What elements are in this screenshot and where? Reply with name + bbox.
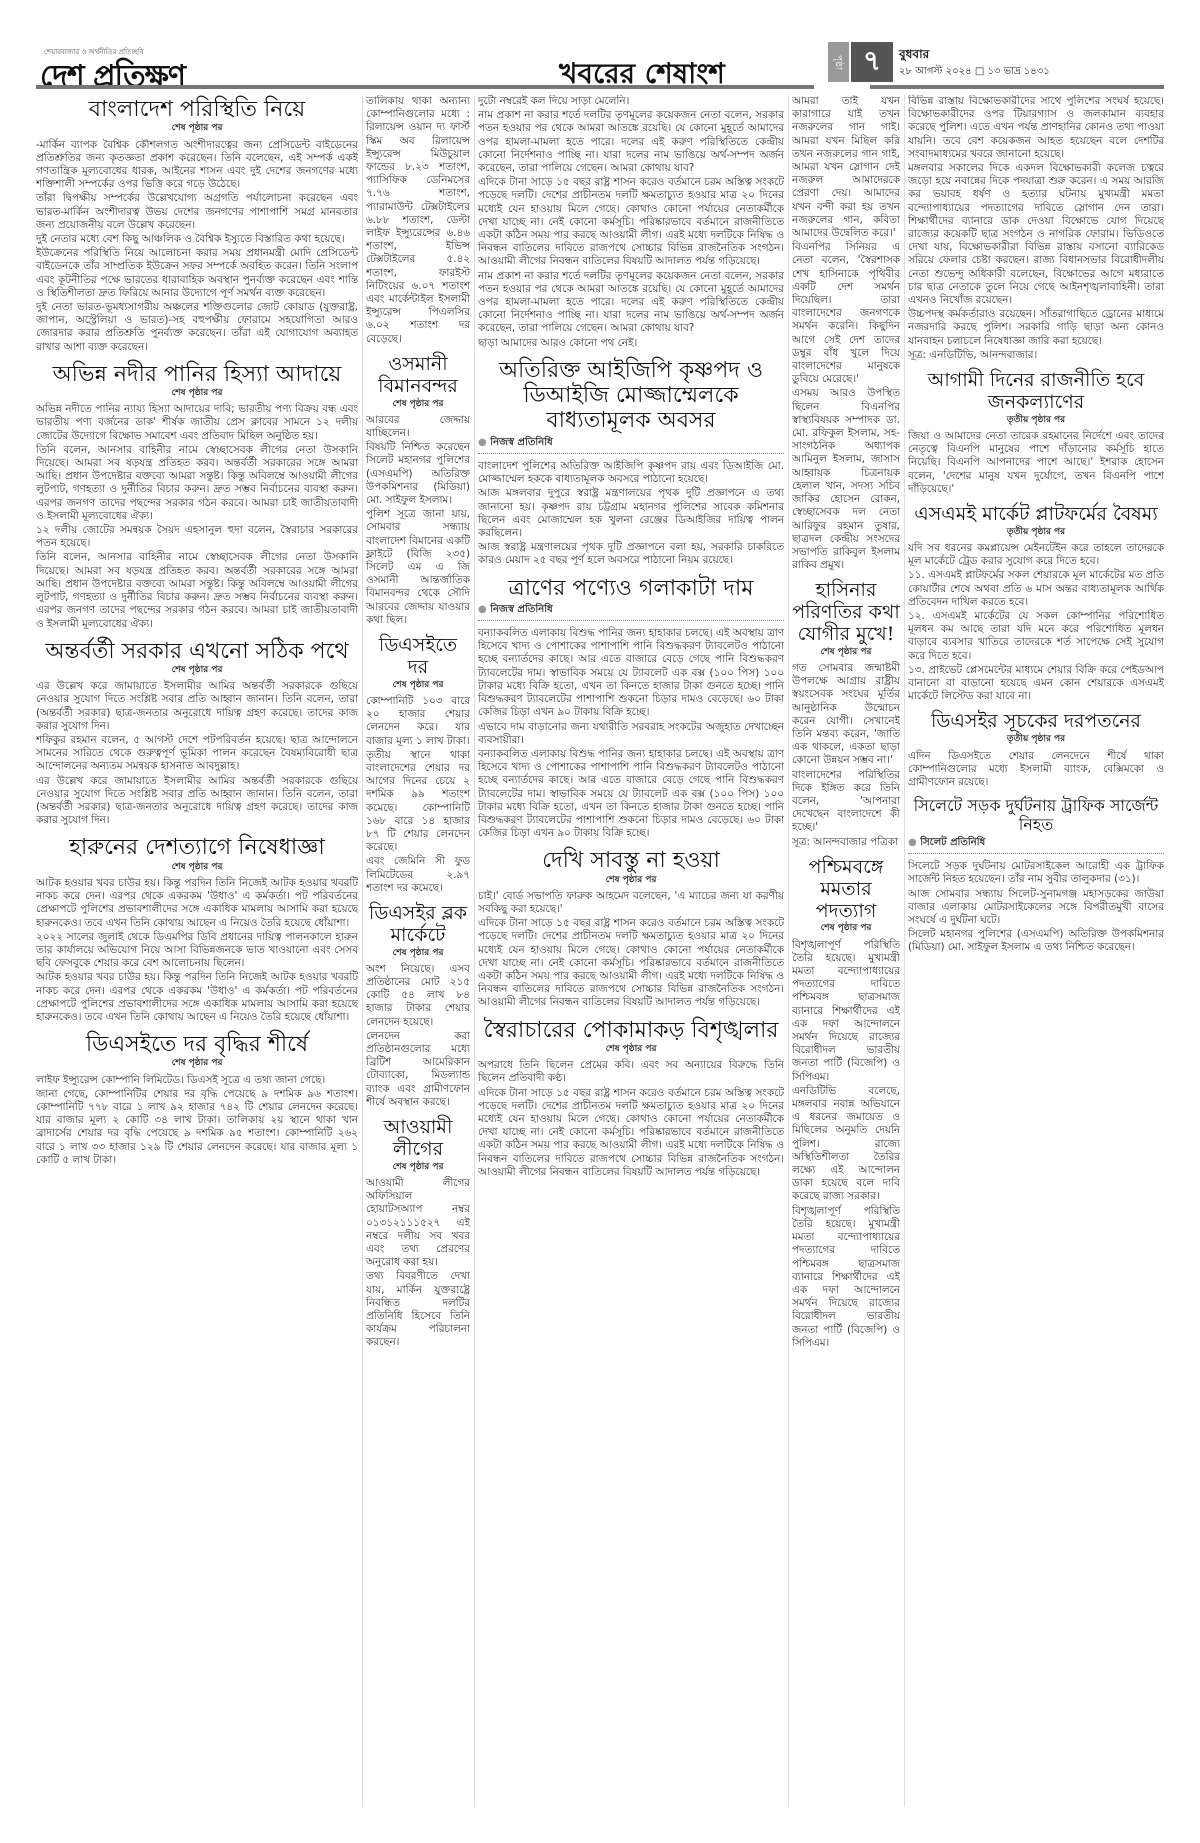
paragraph: আওয়ামী লীগের অফিসিয়াল হোয়াটসঅ্যাপ নম্… (366, 1177, 470, 1269)
paragraph: ২০২২ সালের জুলাই থেকে ডিএমপির ডিবি প্রধা… (36, 931, 358, 971)
column-1: বাংলাদেশ পরিস্থিতি নিয়ে শেষ পৃষ্ঠার পর … (36, 95, 358, 1805)
paragraph: কোম্পানিটি ১০৩ বারে ২০ হাজার শেয়ার লেনদ… (366, 695, 470, 748)
paragraph: ইউক্রেনের পরিস্থিতি নিয়ে আলোচনা করার সম… (36, 247, 358, 300)
paragraph: পুলিশ সূত্রে জানা যায়, সোমবার সন্ধ্যায়… (366, 508, 470, 627)
dotted-divider (908, 853, 1164, 854)
paragraph: মঙ্গলবার সকালের দিকে একদল বিক্ষোভকারী কল… (908, 162, 1164, 307)
continuation-note: শেষ পৃষ্ঠার পর (792, 922, 900, 935)
continuation-note: শেষ পৃষ্ঠার পর (792, 646, 900, 659)
continuation-note: শেষ পৃষ্ঠার পর (366, 947, 470, 960)
column-2: তালিকায় থাকা অন্যান্য কোম্পানিগুলোর মধ্… (366, 95, 470, 1805)
headline[interactable]: অভিন্ন নদীর পানির হিস্যা আদায়ে (36, 362, 358, 387)
continuation-note: শেষ পৃষ্ঠার পর (366, 398, 470, 411)
paragraph: আমরা তাই যখন কারাগারে যাই তখন নজরুলের গা… (792, 95, 900, 240)
paragraph: বাংলাদেশ পুলিশের অতিরিক্ত আইজিপি কৃষ্ণপদ… (478, 460, 784, 486)
continuation-note: শেষ পৃষ্ঠার পর (36, 387, 358, 400)
continuation-note: শেষ পৃষ্ঠার পর (478, 874, 784, 887)
paragraph: বাংলাদেশের পরিস্থিতির দিকে ইঙ্গিত করে তি… (792, 769, 900, 835)
masthead: শেয়ারবাজার ও অর্থনীতির প্রতিচ্ছবি দেশ প… (36, 40, 1164, 82)
headline[interactable]: অন্তর্বর্তী সরকার এখনো সঠিক পথে (36, 639, 358, 664)
paragraph: অংশ নিয়েছে। এসব প্রতিষ্ঠানের মোট ২১৫ কো… (366, 963, 470, 1029)
headline[interactable]: দেখি সাবস্তু না হওয়া (478, 848, 784, 873)
continuation-note: তৃতীয় পৃষ্ঠার পর (908, 414, 1164, 427)
paragraph: শফিকুর রহমান বলেন, ৫ আগস্ট দেশে পটপরিবর্… (36, 734, 358, 774)
column-divider (474, 95, 475, 1807)
paragraph: বিভিন্ন রাস্তায় বিক্ষোভকারীদের সাথে পুল… (908, 95, 1164, 161)
continuation-note: শেষ পৃষ্ঠার পর (366, 1161, 470, 1174)
column-divider (904, 95, 905, 1807)
header-rule (870, 85, 1164, 89)
continuation-note: শেষ পৃষ্ঠার পর (36, 664, 358, 677)
paragraph: এদিকে টানা সাড়ে ১৫ বছর রাষ্ট্র শাসন করে… (478, 917, 784, 1009)
paragraph: দুই নেতা ভারত-ভূমধ্যসাগরীয় অঞ্চলের শক্ত… (36, 301, 358, 354)
paragraph: নাম প্রকাশ না করার শর্তে দলটির তৃণমূলের … (478, 109, 784, 175)
paragraph: অপরাধে তিনি ছিলেন প্রেমের কবি। এবং সব অন… (478, 1059, 784, 1085)
paragraph: বিশৃঙ্খলাপূর্ণ পরিস্থিতি তৈরি হয়েছে। মু… (792, 939, 900, 1084)
headline[interactable]: হাসিনার পরিণতির কথা যোগীর মুখে! (792, 580, 900, 646)
paragraph: বিষয়টি নিশ্চিত করেছেন সিলেট মহানগর পুলি… (366, 441, 470, 507)
headline[interactable]: ডিএসইতে দর (366, 635, 470, 679)
paragraph: অভিন্ন নদীতে পানির ন্যায্য হিস্যা আদায়ে… (36, 403, 358, 443)
paragraph: সিলেটে সড়ক দুর্ঘটনায় মোটরসাইকেল আরোহী … (908, 860, 1164, 886)
column-divider (362, 95, 363, 1807)
paragraph: আটক হওয়ার খবর চাউর হয়। কিন্তু পরদিন তি… (36, 877, 358, 930)
paragraph: -মার্কিন ব্যাপক বৈশ্বিক কৌশলগত অংশীদারত্… (36, 139, 358, 192)
continuation-note: শেষ পৃষ্ঠার পর (478, 1043, 784, 1056)
column-3: দুটো নম্বরেই কল দিয়ে সাড়া মেলেনি। নাম … (478, 95, 784, 1805)
paragraph: ১২. এসএমই মার্কেটের যে সকল কোম্পানির পরি… (908, 610, 1164, 663)
column-5: বিভিন্ন রাস্তায় বিক্ষোভকারীদের সাথে পুল… (908, 95, 1164, 1805)
paragraph: দুটো নম্বরেই কল দিয়ে সাড়া মেলেনি। (478, 95, 784, 108)
paragraph: তথ্য বিবরণীতে দেখা যায়, মার্কিন যুক্তরা… (366, 1270, 470, 1349)
dotted-divider (478, 620, 784, 621)
date-label: ২৮ আগস্ট ২০২৪ □ ১৩ ভাদ্র ১৪৩১ (899, 64, 1050, 81)
headline[interactable]: ডিএসইর সূচকের দরপতনের (908, 711, 1164, 733)
paragraph: দুই নেতার মধ্যে বেশ কিছু আঞ্চলিক ও বৈশ্ব… (36, 233, 358, 246)
headline[interactable]: হারুনের দেশত্যাগে নিষেধাজ্ঞা (36, 835, 358, 860)
paragraph: তৃতীয় স্থানে থাকা বাংলাদেশের শেয়ার দর … (366, 749, 470, 855)
headline[interactable]: আওয়ামী লীগের (366, 1117, 470, 1161)
continuation-note: তৃতীয় পৃষ্ঠার পর (908, 526, 1164, 539)
headline[interactable]: সিলেটে সড়ক দুর্ঘটনায় ট্রাফিক সার্জেন্ট… (908, 797, 1164, 834)
paragraph: জিয়া ও আমাদের নেতা তারেক রহমানের নির্দে… (908, 430, 1164, 496)
paragraph: আজ স্বরাষ্ট্র মন্ত্রণালয়ের পৃথক দুটি প্… (478, 541, 784, 567)
paragraph: লাইফ ইন্স্যুরেন্স কোম্পানি লিমিটেড। ডিএস… (36, 1074, 358, 1087)
paragraph: এর উল্লেখ করে জামায়াতে ইসলামীর আমির অন্… (36, 775, 358, 828)
continuation-note: শেষ পৃষ্ঠার পর (366, 679, 470, 692)
paragraph: ১১. এসএমই প্লাটফর্মের সকল শেয়ারকে মূল ম… (908, 569, 1164, 609)
column-divider (788, 95, 789, 1807)
headline[interactable]: স্বৈরাচারের পোকামাকড় বিশৃঙ্খলার (478, 1018, 784, 1043)
paragraph: তাঁরা দ্বিপক্ষীয় সম্পর্কের উল্লেখযোগ্য … (36, 192, 358, 232)
page-number: ৭ (851, 42, 893, 82)
paragraph: তালিকায় থাকা অন্যান্য কোম্পানিগুলোর মধ্… (366, 95, 470, 346)
continuation-note: শেষ পৃষ্ঠার পর (36, 122, 358, 135)
continuation-note: শেষ পৃষ্ঠার পর (36, 1057, 358, 1070)
source-note: সূত্র: আনন্দবাজার পত্রিকা (792, 836, 900, 849)
paragraph: ১২ দলীয় জোটের সমন্বয়ক সৈয়দ এহসানুল হু… (36, 524, 358, 550)
paragraph: এনডিটিভি বলেছে, মঙ্গলবার নবান্ন অভিযানে … (792, 1085, 900, 1204)
paragraph: লেনদেন করা প্রতিষ্ঠানগুলোর মধ্যে ব্রিটিশ… (366, 1030, 470, 1109)
day-label: বুধবার (899, 46, 929, 66)
paragraph: এদিন ডিএসইতে শেয়ার লেনদেনে শীর্ষে থাকা … (908, 750, 1164, 790)
paragraph: বিশৃঙ্খলাপূর্ণ পরিস্থিতি তৈরি হয়েছে। মু… (792, 1205, 900, 1350)
paragraph: আরবের জেদ্দায় যাচ্ছিলেন। (366, 414, 470, 440)
paragraph: গত সোমবার জন্মাষ্টমী উপলক্ষে আগ্রায় রাষ… (792, 662, 900, 768)
paragraph: ১৩. প্রাইভেট প্লেসমেন্টের মাধ্যমে শেয়ার… (908, 664, 1164, 704)
paragraph: উচ্চপদস্থ কর্মকর্তারাও রয়েছেন। সাঁতরাগা… (908, 308, 1164, 348)
paragraph: এভাবে দাম বাড়ানোর জন্য যথারীতি সরবরাহ স… (478, 721, 784, 747)
headline[interactable]: ডিএসইর ব্লক মার্কেটে (366, 903, 470, 947)
headline[interactable]: ওসমানী বিমানবন্দর (366, 354, 470, 398)
paragraph: তিনি বলেন, আনসার বাহিনীর নামে স্বেচ্ছাসে… (36, 444, 358, 523)
continuation-note: শেষ পৃষ্ঠার পর (36, 861, 358, 874)
paragraph: আজ মঙ্গলবার দুপুরে স্বরাষ্ট্র মন্ত্রণালয… (478, 487, 784, 540)
paragraph: এসময় আরও উপস্থিত ছিলেন বিএনপির স্বাস্থ্… (792, 387, 900, 572)
paragraph: বন্যাকবলিত এলাকায় বিশুদ্ধ পানির জন্য হা… (478, 627, 784, 719)
paragraph: এদিকে টানা সাড়ে ১৫ বছর রাষ্ট্র শাসন করে… (478, 1087, 784, 1179)
byline: নিজস্ব প্রতিনিধি (478, 603, 784, 616)
byline: নিজস্ব প্রতিনিধি (478, 436, 784, 449)
page-label: পৃষ্ঠা (828, 42, 849, 82)
header-rule (36, 85, 814, 89)
paragraph: আজ সোমবার সন্ধ্যায় সিলেট-সুনামগঞ্জ মহাস… (908, 888, 1164, 928)
paragraph: বন্যাকবলিত এলাকায় বিশুদ্ধ পানির জন্য হা… (478, 748, 784, 840)
paragraph: এর উল্লেখ করে জামায়াতে ইসলামীর আমির অন্… (36, 680, 358, 733)
paragraph: তিনি বলেন, আনসার বাহিনীর নামে স্বেচ্ছাসে… (36, 551, 358, 630)
paragraph: বিএনপির সিনিয়র এ নেতা বলেন, 'স্বৈরশাসক … (792, 241, 900, 386)
headline[interactable]: আগামী দিনের রাজনীতি হবে জনকল্যাণের (908, 370, 1164, 414)
paragraph: এদিকে টানা সাড়ে ১৫ বছর রাষ্ট্র শাসন করে… (478, 176, 784, 268)
headline[interactable]: পশ্চিমবঙ্গে মমতার পদত্যাগ (792, 857, 900, 923)
dotted-divider (478, 453, 784, 454)
byline: সিলেট প্রতিনিধি (908, 836, 1164, 849)
paragraph: যদি সব ধরনের কমপ্লায়েন্স মেইনটেইন করে ত… (908, 542, 1164, 568)
paragraph: আটক হওয়ার খবর চাউর হয়। কিন্তু পরদিন তি… (36, 971, 358, 1024)
headline[interactable]: বাংলাদেশ পরিস্থিতি নিয়ে (36, 97, 358, 122)
paragraph: চাই।' বোর্ড সভাপতি ফারুক আহমেদ বলেছেন, '… (478, 890, 784, 916)
headline[interactable]: এসএমই মার্কেট প্লাটফর্মের বৈষম্য (908, 504, 1164, 526)
paragraph: সিলেট মহানগর পুলিশের (এসএমপি) অতিরিক্ত উ… (908, 928, 1164, 954)
continuation-note: তৃতীয় পৃষ্ঠার পর (908, 733, 1164, 746)
paragraph: জানা গেছে, কোম্পানিটির শেয়ার দর বৃদ্ধি … (36, 1088, 358, 1167)
paragraph: এবং জেমিনি সী ফুড লিমিটেডের ২.৯৭ শতাংশ দ… (366, 855, 470, 895)
paragraph: ছাড়া আমাদের আরও কোনো পথ নেই। (478, 337, 784, 350)
section-title: খবরের শেষাংশ (559, 52, 725, 99)
headline[interactable]: ত্রাণের পণ্যেও গলাকাটা দাম (478, 576, 784, 601)
source-note: সূত্র: এনডিটিভি, আনন্দবাজার। (908, 349, 1164, 362)
headline[interactable]: ডিএসইতে দর বৃদ্ধির শীর্ষে (36, 1032, 358, 1057)
column-4: আমরা তাই যখন কারাগারে যাই তখন নজরুলের গা… (792, 95, 900, 1805)
paragraph: নাম প্রকাশ না করার শর্তে দলটির তৃণমূলের … (478, 270, 784, 336)
headline[interactable]: অতিরিক্ত আইজিপি কৃষ্ণপদ ও ডিআইজি মোজ্জাম… (478, 358, 784, 434)
